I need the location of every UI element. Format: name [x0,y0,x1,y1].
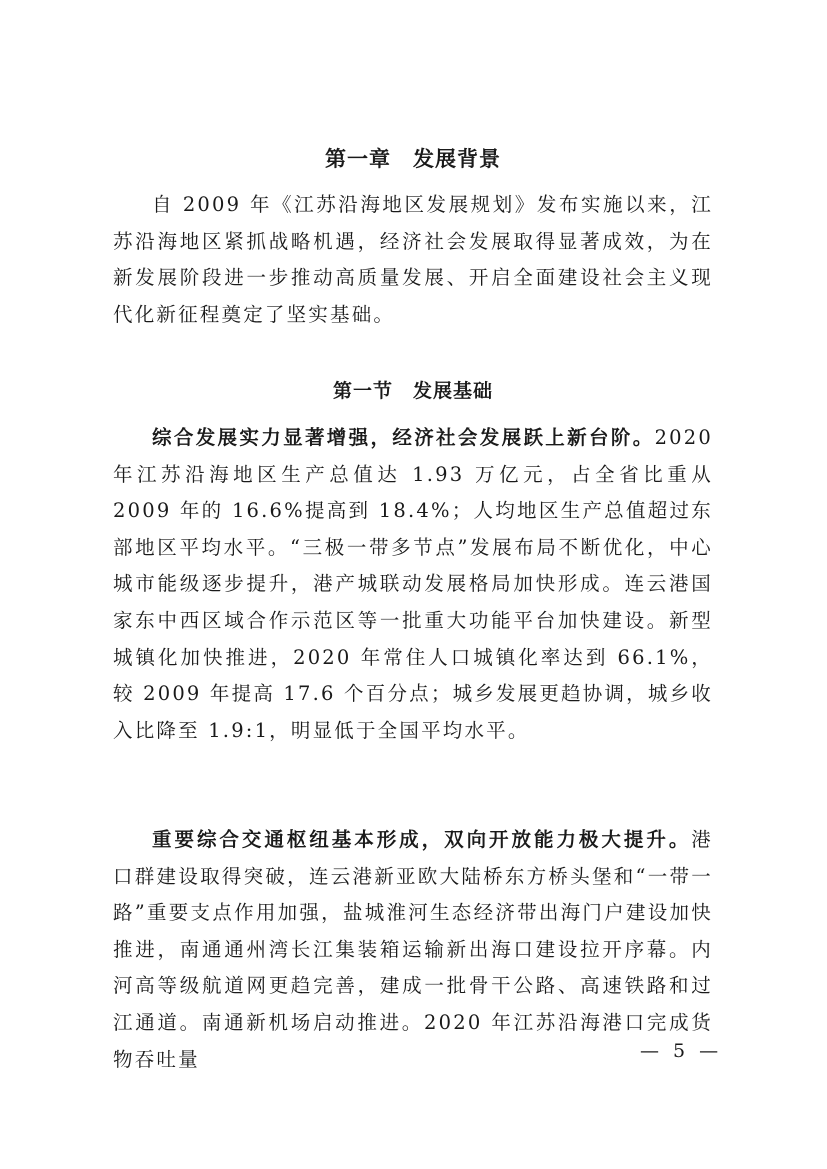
chapter-title: 第一章 发展背景 [113,143,713,173]
paragraph-development-strength: 综合发展实力显著增强，经济社会发展跃上新台阶。2020 年江苏沿海地区生产总值达… [113,420,713,749]
page-number: — 5 — [640,1040,722,1062]
section-title: 第一节 发展基础 [113,376,713,403]
paragraph-lead: 重要综合交通枢纽基本形成，双向开放能力极大提升。 [152,828,691,851]
intro-paragraph: 自 2009 年《江苏沿海地区发展规划》发布实施以来，江苏沿海地区紧抓战略机遇，… [113,187,713,333]
paragraph-body: 港口群建设取得突破，连云港新亚欧大陆桥东方桥头堡和“一带一路”重要支点作用加强，… [113,828,713,1071]
paragraph-transport-hub: 重要综合交通枢纽基本形成，双向开放能力极大提升。港口群建设取得突破，连云港新亚欧… [113,822,713,1078]
paragraph-body: 2020 年江苏沿海地区生产总值达 1.93 万亿元，占全省比重从 2009 年… [113,426,713,742]
paragraph-lead: 综合发展实力显著增强，经济社会发展跃上新台阶。 [152,426,655,449]
